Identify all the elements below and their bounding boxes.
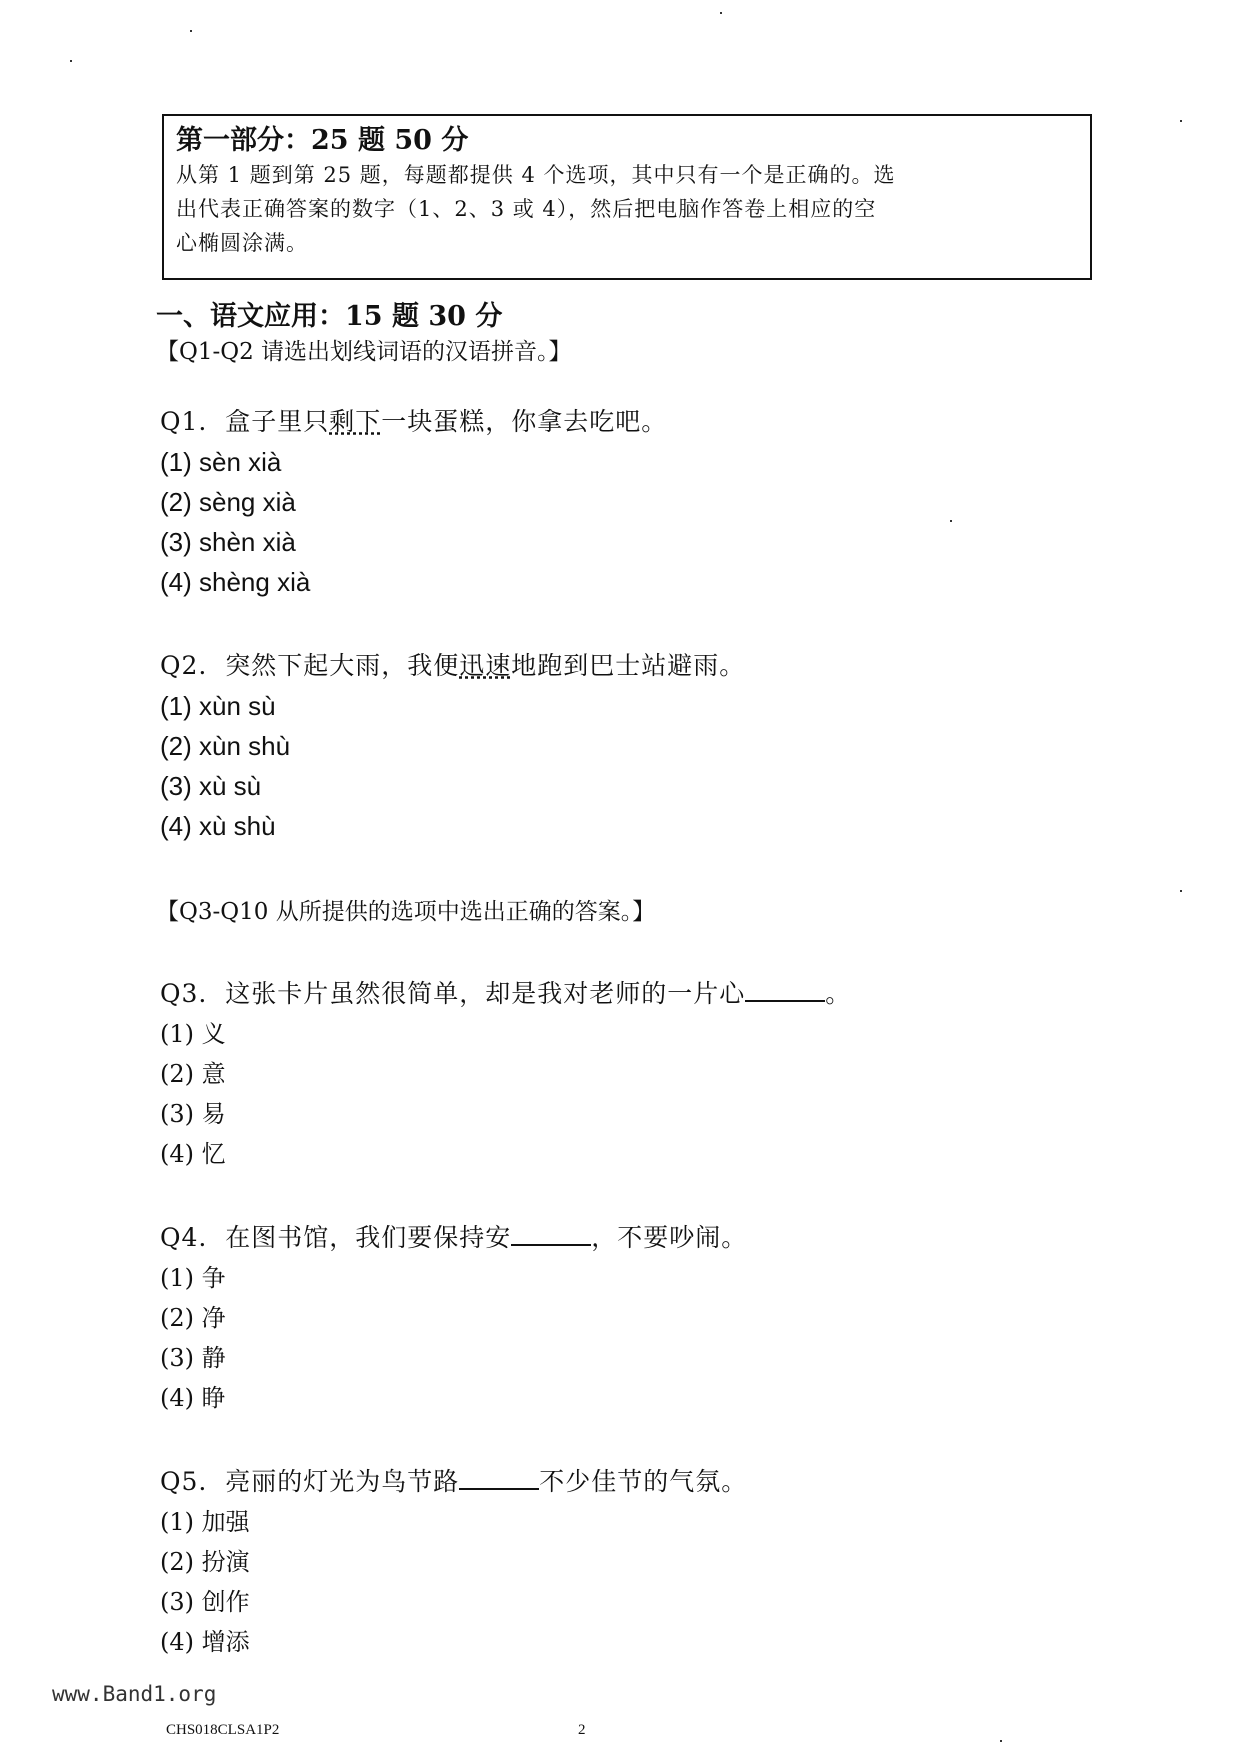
scan-speck [70,60,72,62]
option-1[interactable]: (1) xùn sù [160,686,745,726]
scan-speck [190,30,192,32]
question-4: Q4. 在图书馆，我们要保持安，不要吵闹。 (1) 争 (2) 净 (3) 静 … [160,1218,747,1418]
stem-text: 盒子里只 [225,407,329,436]
option-1[interactable]: (1) 争 [160,1258,747,1298]
instruction-line: 心椭圆涂满。 [176,226,1078,260]
paper-code: CHS018CLSA1P2 [166,1722,279,1739]
stem-text: 地跑到巴士站避雨。 [511,651,745,680]
option-4[interactable]: (4) 忆 [160,1134,851,1174]
question-2: Q2. 突然下起大雨，我便迅速地跑到巴士站避雨。 (1) xùn sù (2) … [160,646,745,846]
question-number: Q1. [160,407,207,436]
answer-blank [511,1220,591,1246]
option-2[interactable]: (2) xùn shù [160,726,745,766]
scan-speck [1180,890,1182,892]
instruction-line: 出代表正确答案的数字（1、2、3 或 4），然后把电脑作答卷上相应的空 [176,192,1078,226]
stem-text: ，不要吵闹。 [591,1223,747,1252]
answer-blank [459,1464,539,1490]
stem-text: 一块蛋糕，你拿去吃吧。 [381,407,667,436]
instructions-box: 第一部分：25 题 50 分 从第 1 题到第 25 题，每题都提供 4 个选项… [162,114,1092,280]
option-1[interactable]: (1) sèn xià [160,442,667,482]
stem-text: 不少佳节的气氛。 [539,1467,747,1496]
stem-text: 这张卡片虽然很简单，却是我对老师的一片心 [225,979,745,1008]
question-5: Q5. 亮丽的灯光为鸟节路不少佳节的气氛。 (1) 加强 (2) 扮演 (3) … [160,1462,747,1662]
stem-text: 。 [825,979,851,1008]
note-q1-q2: 【Q1-Q2 请选出划线词语的汉语拼音。】 [156,336,572,368]
scan-speck [720,12,722,14]
question-number: Q4. [160,1223,207,1252]
option-2[interactable]: (2) sèng xià [160,482,667,522]
question-stem: Q4. 在图书馆，我们要保持安，不要吵闹。 [160,1218,747,1258]
option-2[interactable]: (2) 意 [160,1054,851,1094]
question-stem: Q3. 这张卡片虽然很简单，却是我对老师的一片心。 [160,974,851,1014]
section-title: 一、语文应用：15 题 30 分 [156,300,502,334]
option-3[interactable]: (3) 创作 [160,1582,747,1622]
option-2[interactable]: (2) 净 [160,1298,747,1338]
option-4[interactable]: (4) shèng xià [160,562,667,602]
option-4[interactable]: (4) xù shù [160,806,745,846]
stem-text: 在图书馆，我们要保持安 [225,1223,511,1252]
underlined-word: 剩下 [329,407,381,436]
question-stem: Q5. 亮丽的灯光为鸟节路不少佳节的气氛。 [160,1462,747,1502]
stem-text: 亮丽的灯光为鸟节路 [225,1467,459,1496]
option-4[interactable]: (4) 睁 [160,1378,747,1418]
stem-text: 突然下起大雨，我便 [225,651,459,680]
scan-speck [1180,120,1182,122]
scan-speck [950,520,952,522]
option-2[interactable]: (2) 扮演 [160,1542,747,1582]
underlined-word: 迅速 [459,651,511,680]
instruction-line: 从第 1 题到第 25 题，每题都提供 4 个选项，其中只有一个是正确的。选 [176,158,1078,192]
answer-blank [745,976,825,1002]
option-3[interactable]: (3) xù sù [160,766,745,806]
part-title: 第一部分：25 题 50 分 [176,124,1078,158]
scan-speck [1000,1740,1002,1742]
page-number: 2 [578,1722,586,1739]
question-stem: Q1. 盒子里只剩下一块蛋糕，你拿去吃吧。 [160,402,667,442]
option-4[interactable]: (4) 增添 [160,1622,747,1662]
note-q3-q10: 【Q3-Q10 从所提供的选项中选出正确的答案。】 [156,896,655,928]
question-3: Q3. 这张卡片虽然很简单，却是我对老师的一片心。 (1) 义 (2) 意 (3… [160,974,851,1174]
option-3[interactable]: (3) 静 [160,1338,747,1378]
watermark: www.Band1.org [52,1682,216,1706]
option-3[interactable]: (3) shèn xià [160,522,667,562]
option-1[interactable]: (1) 义 [160,1014,851,1054]
question-stem: Q2. 突然下起大雨，我便迅速地跑到巴士站避雨。 [160,646,745,686]
option-1[interactable]: (1) 加强 [160,1502,747,1542]
question-number: Q5. [160,1467,207,1496]
question-1: Q1. 盒子里只剩下一块蛋糕，你拿去吃吧。 (1) sèn xià (2) sè… [160,402,667,602]
question-number: Q3. [160,979,207,1008]
option-3[interactable]: (3) 易 [160,1094,851,1134]
question-number: Q2. [160,651,207,680]
